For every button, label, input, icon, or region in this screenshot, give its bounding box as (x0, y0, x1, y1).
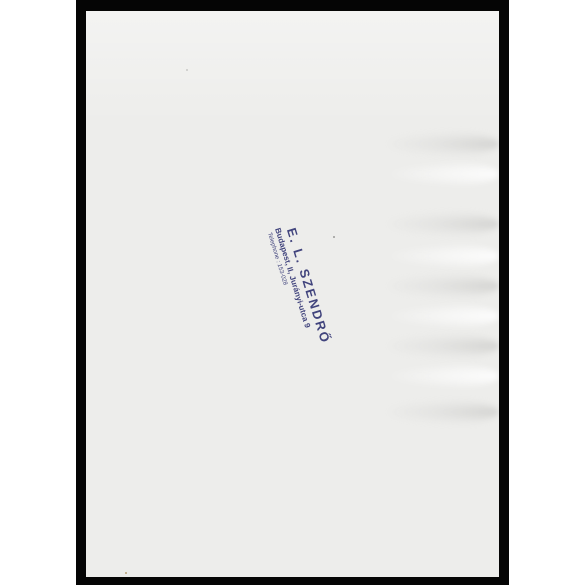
paper-wave-shadow (389, 273, 499, 299)
paper-speck (186, 69, 188, 71)
paper-speck (333, 236, 335, 238)
paper-wave-highlight (389, 363, 499, 389)
paper-wave-shadow (389, 211, 499, 237)
paper-wave-shadow (389, 333, 499, 359)
photo-back-paper: E. L. SZENDRŐ Budapest, II, Jurányi-utca… (86, 11, 499, 577)
paper-wave-shadow (389, 131, 499, 157)
paper-wave-shadow (389, 399, 499, 425)
paper-wave-highlight (389, 243, 499, 269)
paper-wave-highlight (389, 303, 499, 329)
paper-wave-highlight (389, 161, 499, 187)
paper-speck (125, 572, 127, 574)
